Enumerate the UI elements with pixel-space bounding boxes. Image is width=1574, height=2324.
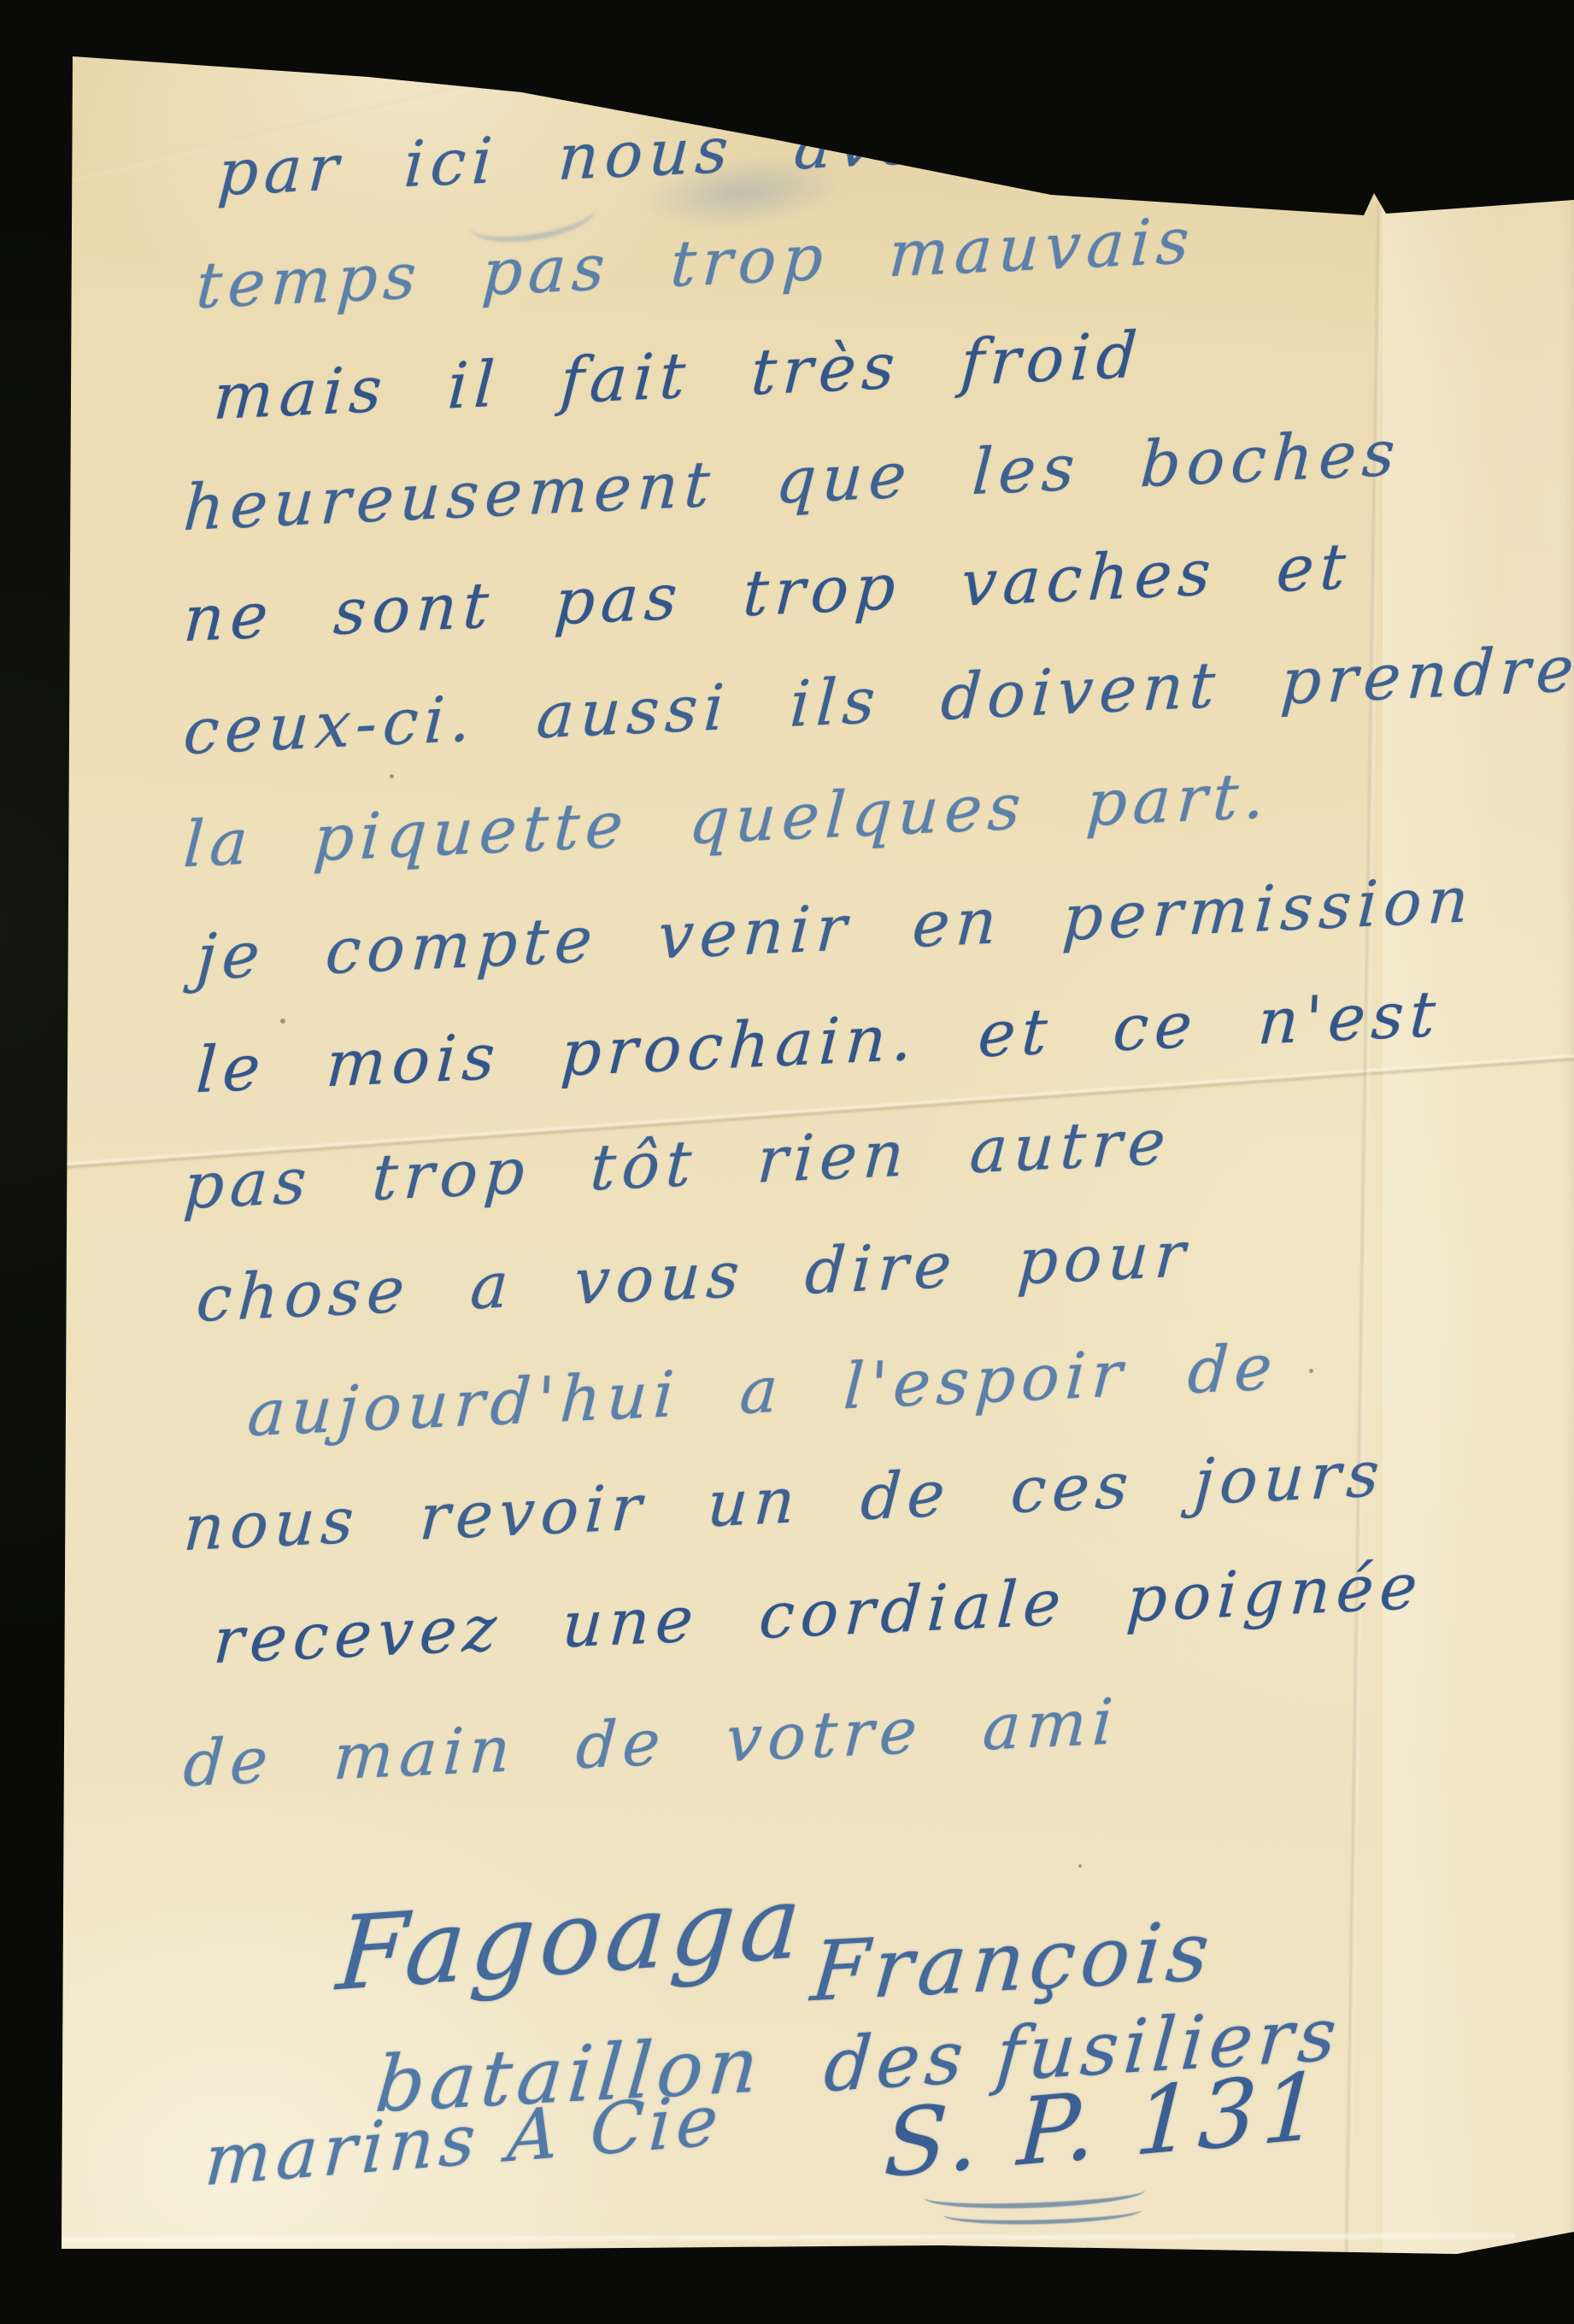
paper-speck [280,1018,285,1024]
vertical-fold-crease [1345,203,1383,2254]
handwritten-line-6: ceux-ci. aussi ils doivent prendre [181,632,1574,769]
handwritten-line-7: la piquette quelques part. [181,759,1272,882]
signature-surname: Fagoaga [333,1862,809,2013]
handwritten-line-15: de main de votre ami [181,1685,1120,1801]
paper-speck [1078,1864,1082,1868]
handwritten-line-11: chose a vous dire pour [194,1218,1193,1336]
handwritten-line-4: heureusement que les boches [181,416,1402,545]
handwritten-line-5: ne sont pas trop vaches et [181,530,1354,656]
letter-paper: par ici nous avons un temps pas trop mau… [0,0,1574,2324]
scanned-letter-photo: par ici nous avons un temps pas trop mau… [0,0,1574,2324]
paper-bottom-edge-highlight [62,2233,1514,2242]
handwritten-line-9: le mois prochain. et ce n'est [194,977,1443,1107]
vertical-fold-strip [1383,197,1574,2256]
handwritten-line-8: je compte venir en permission [194,863,1476,995]
handwritten-line-13: nous revoir un de ces jours [181,1437,1387,1565]
handwritten-line-14: recevez une cordiale poignée [211,1550,1425,1679]
handwritten-line-12: aujourd'hui a l'espoir de [245,1330,1279,1451]
paper-speck [1309,1369,1313,1373]
handwritten-line-3: mais il fait très froid [211,318,1145,434]
paper-speck [390,774,394,778]
